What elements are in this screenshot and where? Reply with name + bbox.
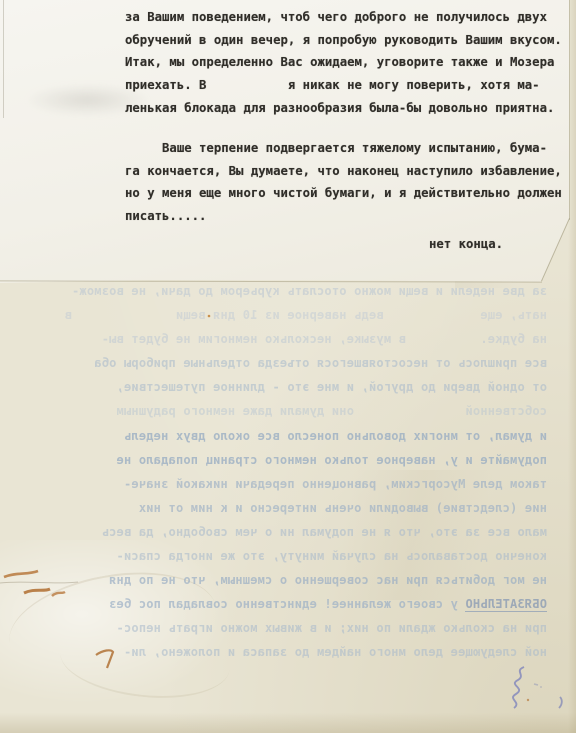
scanned-letter-page: за две недели и вещи можно отослать курь…: [0, 0, 576, 733]
typed-line: приехать. В я никак не могу поверить, хо…: [125, 74, 573, 97]
typed-line: Ваше терпение подвергается тяжелому испы…: [125, 137, 573, 160]
typed-line: ленькая блокада для разнообразия была-бы…: [125, 97, 573, 120]
sheet-edge-left: [3, 0, 4, 118]
typed-line: га кончается, Вы думаете, что наконец на…: [125, 160, 573, 183]
typed-line: но у меня еще много чистой бумаги, и я д…: [125, 182, 573, 205]
typed-line: обручений в один вечер, я попробую руков…: [125, 29, 573, 52]
typed-line: Итак, мы определенно Вас ожидаем, уговор…: [125, 51, 573, 74]
typed-text-block: за Вашим поведением, чтоб чего доброго н…: [125, 6, 573, 256]
typed-sign-off: нет конца.: [125, 233, 573, 256]
letter-front-sheet: за Вашим поведением, чтоб чего доброго н…: [0, 0, 576, 284]
sheet-edge-right: [569, 0, 570, 220]
handwritten-tick: [556, 696, 568, 712]
typed-line: писать.....: [125, 205, 573, 228]
handwritten-mark: [501, 664, 549, 718]
typed-line: за Вашим поведением, чтоб чего доброго н…: [125, 6, 573, 29]
